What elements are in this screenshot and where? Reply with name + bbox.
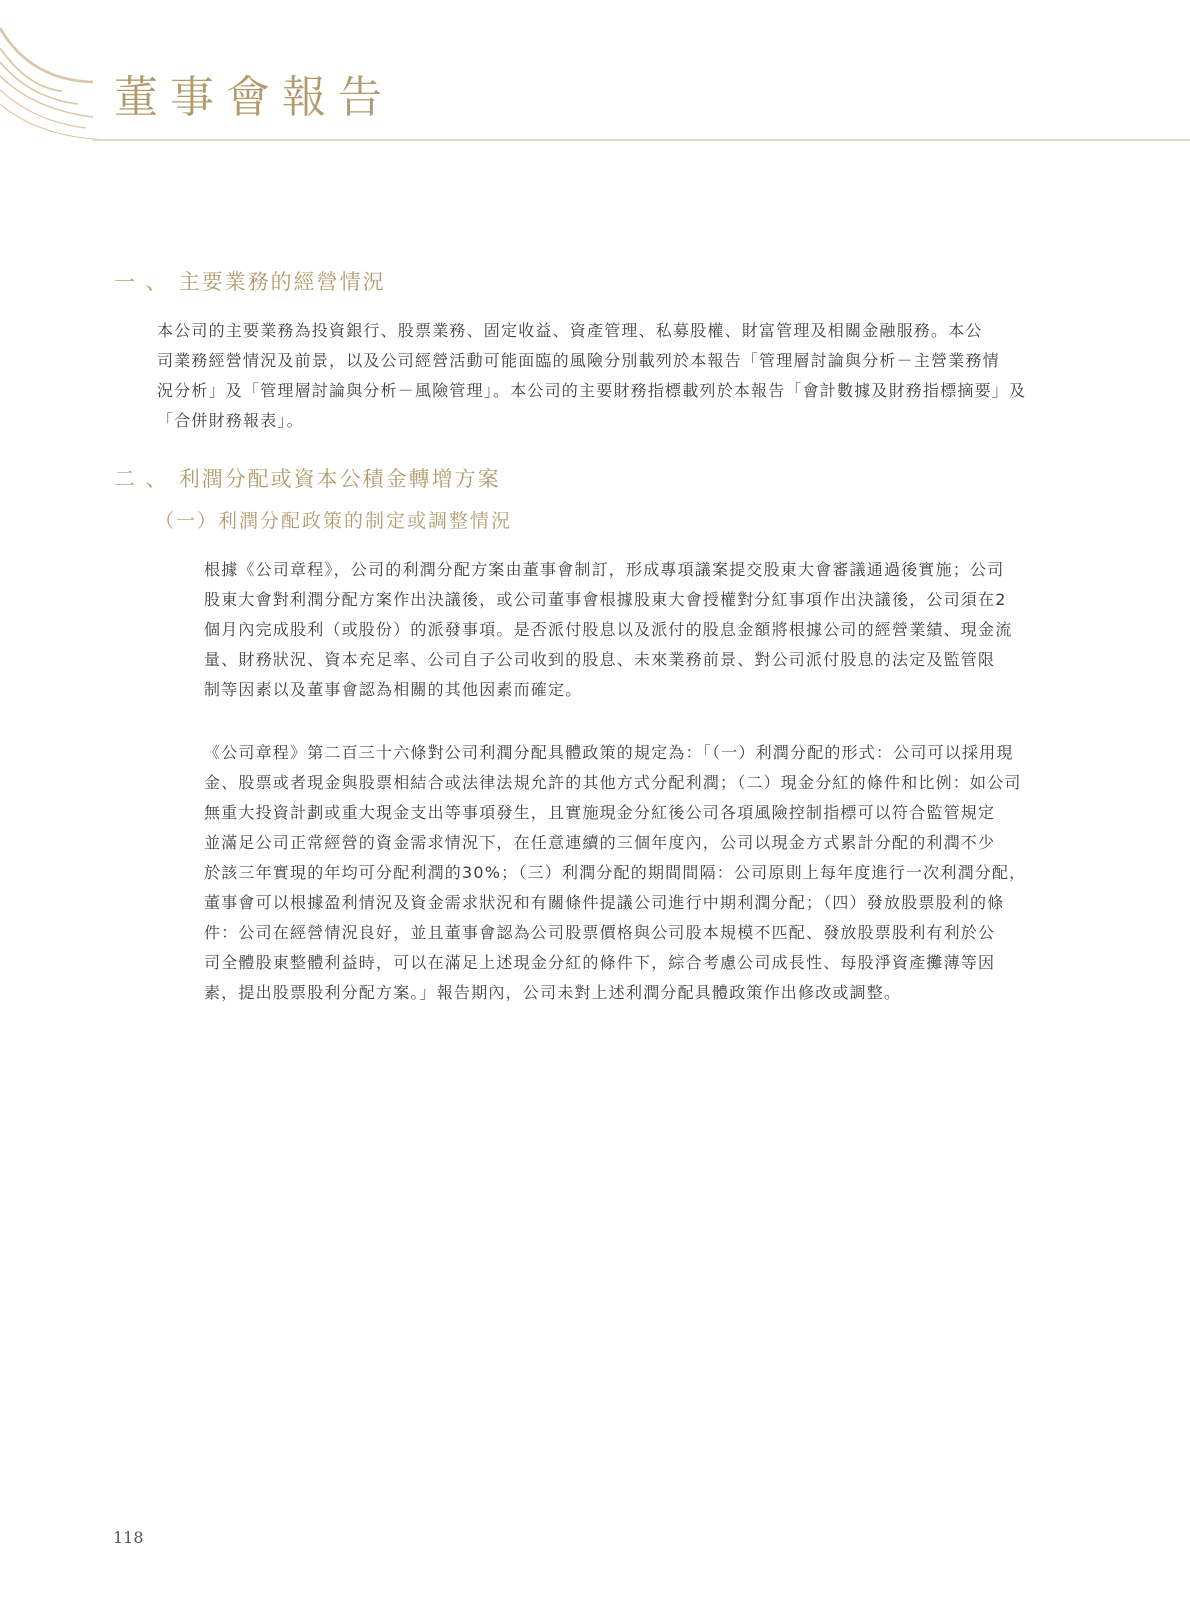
text-line: 況分析」及「管理層討論與分析－風險管理」。本公司的主要財務指標載列於本報告「會計… (157, 376, 1077, 406)
page-number: 118 (113, 1528, 144, 1547)
text-line: 《公司章程》第二百三十六條對公司利潤分配具體政策的規定為：「（一）利潤分配的形式… (204, 738, 1084, 768)
text-line: 「合併財務報表」。 (157, 406, 1077, 436)
policy-paragraph-2: 《公司章程》第二百三十六條對公司利潤分配具體政策的規定為：「（一）利潤分配的形式… (204, 738, 1084, 1008)
text-line: 本公司的主要業務為投資銀行、股票業務、固定收益、資產管理、私募股權、財富管理及相… (157, 316, 1077, 346)
page-title: 董事會報告 (114, 76, 394, 120)
text-line: 根據《公司章程》，公司的利潤分配方案由董事會制訂，形成專項議案提交股東大會審議通… (204, 555, 1084, 585)
subsection-heading: （一）利潤分配政策的制定或調整情況 (155, 512, 512, 531)
section-number: 一 、 (114, 270, 169, 294)
decorative-arcs-icon (0, 0, 120, 145)
section-title: 主要業務的經營情況 (179, 270, 386, 294)
text-line: 金、股票或者現金與股票相結合或法律法規允許的其他方式分配利潤；（二）現金分紅的條… (204, 768, 1084, 798)
text-line: 董事會可以根據盈利情況及資金需求狀況和有關條件提議公司進行中期利潤分配；（四）發… (204, 888, 1084, 918)
text-line: 素，提出股票股利分配方案。」報告期內，公司未對上述利潤分配具體政策作出修改或調整… (204, 978, 1084, 1008)
text-line: 個月內完成股利（或股份）的派發事項。是否派付股息以及派付的股息金額將根據公司的經… (204, 615, 1084, 645)
text-line: 司業務經營情況及前景，以及公司經營活動可能面臨的風險分別載列於本報告「管理層討論… (157, 346, 1077, 376)
policy-paragraph-1: 根據《公司章程》，公司的利潤分配方案由董事會制訂，形成專項議案提交股東大會審議通… (204, 555, 1084, 705)
text-line: 制等因素以及董事會認為相關的其他因素而確定。 (204, 675, 1084, 705)
section-1-paragraph: 本公司的主要業務為投資銀行、股票業務、固定收益、資產管理、私募股權、財富管理及相… (157, 316, 1077, 436)
section-heading-2: 二 、利潤分配或資本公積金轉增方案 (114, 469, 501, 490)
text-line: 無重大投資計劃或重大現金支出等事項發生，且實施現金分紅後公司各項風險控制指標可以… (204, 798, 1084, 828)
section-title: 利潤分配或資本公積金轉增方案 (179, 467, 501, 491)
header-divider (92, 139, 1190, 141)
text-line: 於該三年實現的年均可分配利潤的30%；（三）利潤分配的期間間隔：公司原則上每年度… (204, 858, 1084, 888)
text-line: 股東大會對利潤分配方案作出決議後，或公司董事會根據股東大會授權對分紅事項作出決議… (204, 585, 1084, 615)
text-line: 量、財務狀況、資本充足率、公司自子公司收到的股息、未來業務前景、對公司派付股息的… (204, 645, 1084, 675)
section-heading-1: 一 、主要業務的經營情況 (114, 272, 386, 293)
text-line: 司全體股東整體利益時，可以在滿足上述現金分紅的條件下，綜合考慮公司成長性、每股淨… (204, 948, 1084, 978)
text-line: 並滿足公司正常經營的資金需求情況下，在任意連續的三個年度內，公司以現金方式累計分… (204, 828, 1084, 858)
section-number: 二 、 (114, 467, 169, 491)
text-line: 件：公司在經營情況良好，並且董事會認為公司股票價格與公司股本規模不匹配、發放股票… (204, 918, 1084, 948)
